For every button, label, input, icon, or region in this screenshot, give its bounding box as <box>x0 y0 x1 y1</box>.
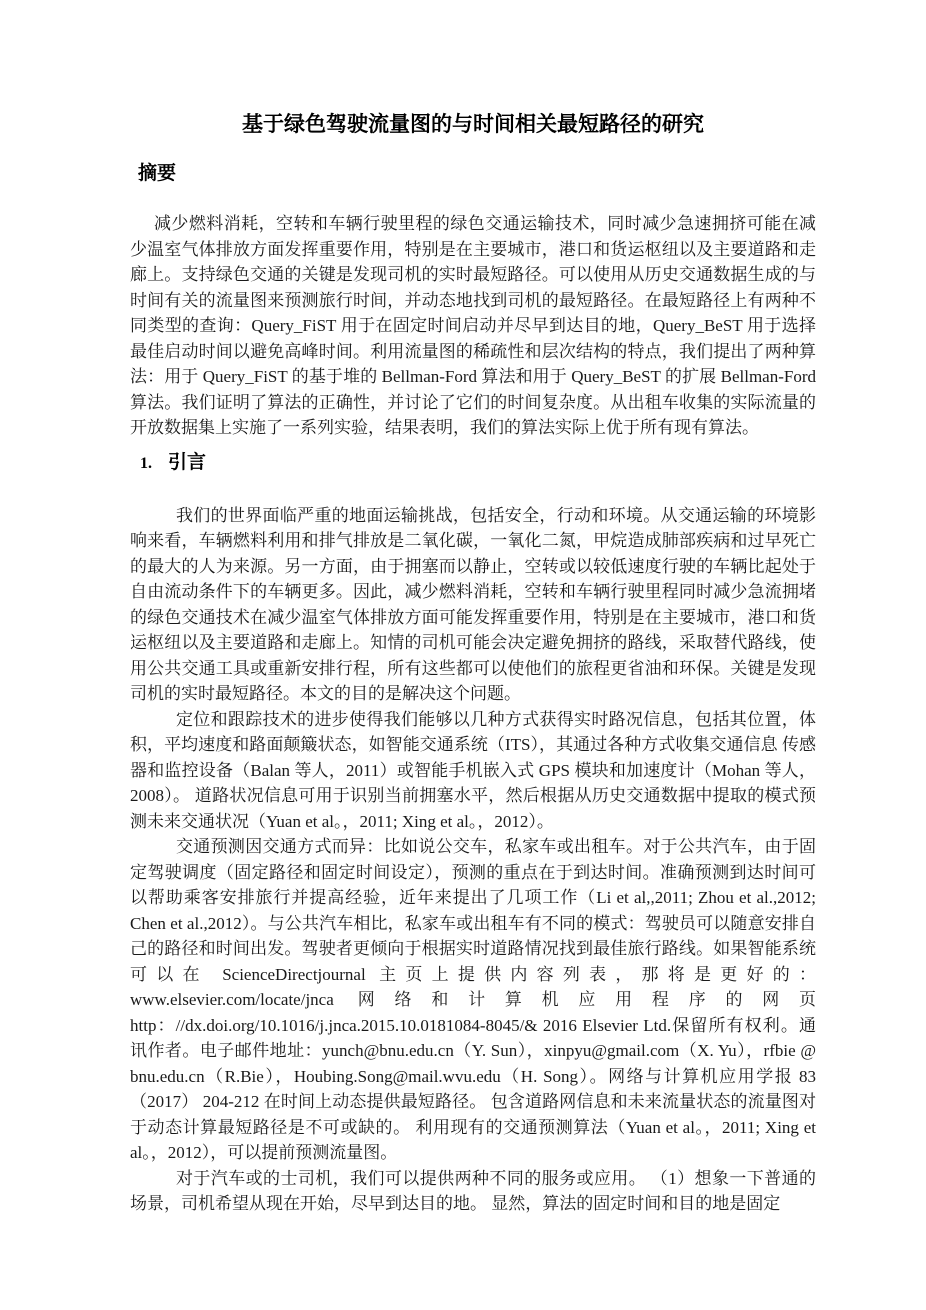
intro-paragraph: 我们的世界面临严重的地面运输挑战，包括安全，行动和环境。从交通运输的环境影响来看… <box>130 503 816 707</box>
section-heading-introduction: 1. 引言 <box>130 450 816 477</box>
abstract-heading: 摘要 <box>130 162 816 186</box>
paper-title: 基于绿色驾驶流量图的与时间相关最短路径的研究 <box>130 110 816 138</box>
section-heading-label: 引言 <box>168 450 206 476</box>
intro-paragraph: 交通预测因交通方式而异：比如说公交车，私家车或出租车。对于公共汽车，由于固定驾驶… <box>130 834 816 1166</box>
intro-paragraph: 对于汽车或的士司机，我们可以提供两种不同的服务或应用。 （1）想象一下普通的场景… <box>130 1166 816 1217</box>
abstract-paragraph: 减少燃料消耗，空转和车辆行驶里程的绿色交通运输技术，同时减少急速拥挤可能在减少温… <box>130 211 816 441</box>
document-content: 基于绿色驾驶流量图的与时间相关最短路径的研究 摘要 减少燃料消耗，空转和车辆行驶… <box>130 0 816 1217</box>
section-number: 1. <box>140 451 152 477</box>
document-page: 基于绿色驾驶流量图的与时间相关最短路径的研究 摘要 减少燃料消耗，空转和车辆行驶… <box>0 0 926 1310</box>
intro-paragraph: 定位和跟踪技术的进步使得我们能够以几种方式获得实时路况信息，包括其位置，体积，平… <box>130 707 816 835</box>
